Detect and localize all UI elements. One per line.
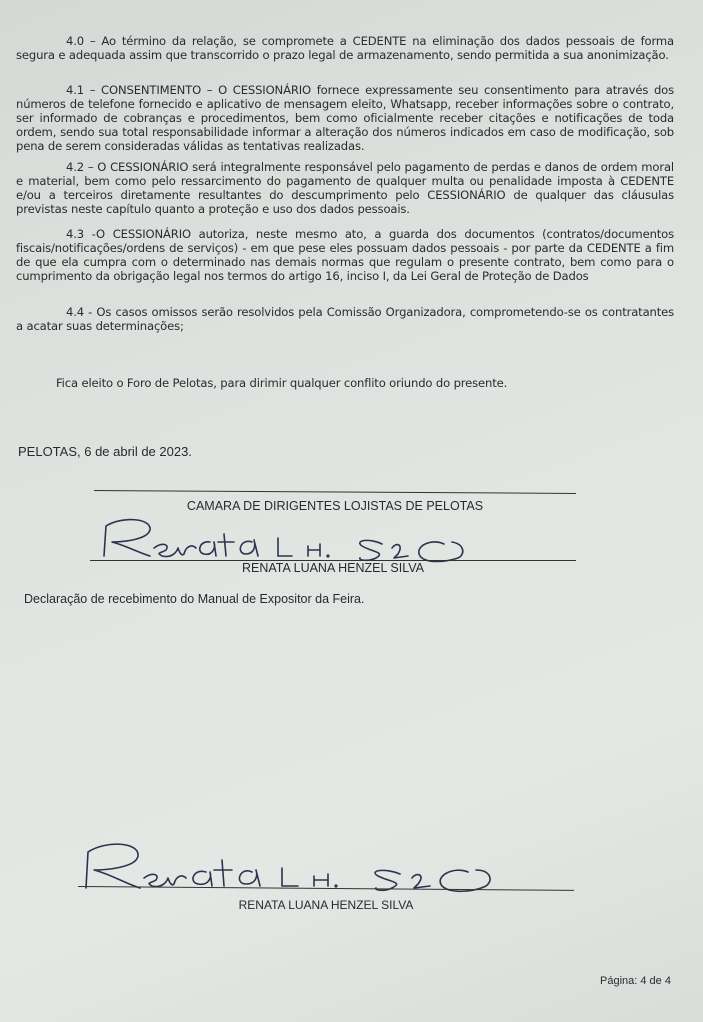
contract-page: 4.0 – Ao término da relação, se comprome… — [0, 0, 703, 1022]
signature-label-final: RENATA LUANA HENZEL SILVA — [78, 898, 574, 912]
clause-4-4-text: 4.4 - Os casos omissos serão resolvidos … — [16, 305, 674, 333]
declaration-text: Declaração de recebimento do Manual de E… — [24, 592, 364, 606]
signature-line-cdl — [94, 490, 576, 494]
clause-4-0: 4.0 – Ao término da relação, se comprome… — [16, 34, 674, 62]
clause-4-1-text: 4.1 – CONSENTIMENTO – O CESSIONÁRIO forn… — [16, 83, 674, 153]
page-number: Página: 4 de 4 — [600, 975, 671, 987]
clause-4-2: 4.2 – O CESSIONÁRIO será integralmente r… — [16, 160, 674, 216]
clause-4-2-text: 4.2 – O CESSIONÁRIO será integralmente r… — [16, 160, 674, 216]
clause-4-3-text: 4.3 -O CESSIONÁRIO autoriza, neste mesmo… — [16, 227, 674, 283]
signature-label-cdl: CAMARA DE DIRIGENTES LOJISTAS DE PELOTAS — [94, 499, 576, 513]
jurisdiction-clause: Fica eleito o Foro de Pelotas, para diri… — [56, 376, 507, 390]
handwritten-signature — [92, 512, 482, 564]
clause-4-4: 4.4 - Os casos omissos serão resolvidos … — [16, 305, 674, 333]
date-line: PELOTAS, 6 de abril de 2023. — [18, 444, 192, 459]
clause-4-1: 4.1 – CONSENTIMENTO – O CESSIONÁRIO forn… — [16, 83, 674, 153]
signature-label-renata: RENATA LUANA HENZEL SILVA — [90, 561, 576, 575]
clause-4-0-text: 4.0 – Ao término da relação, se comprome… — [16, 34, 674, 62]
clause-4-3: 4.3 -O CESSIONÁRIO autoriza, neste mesmo… — [16, 227, 674, 283]
